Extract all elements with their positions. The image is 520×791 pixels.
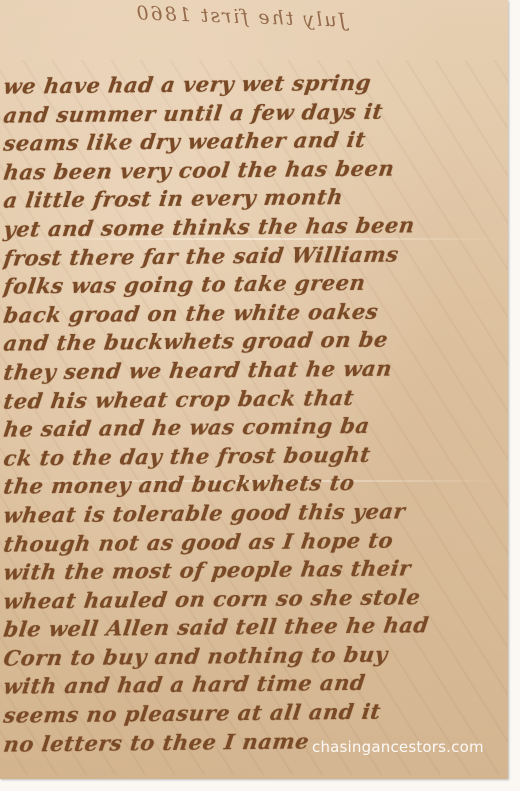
handwritten-text-body: we have had a very wet spring and summer… xyxy=(4,70,504,756)
letter-page: July the first 1860 we have had a very w… xyxy=(0,0,508,779)
mirrored-date-bleed: July the first 1860 xyxy=(74,0,405,51)
site-watermark: chasingancestors.com xyxy=(312,738,484,756)
text-line: we have had a very wet spring xyxy=(2,67,506,101)
text-line: they send we heard that he wan xyxy=(2,353,506,387)
text-line: yet and some thinks the has been xyxy=(2,210,506,244)
text-line: wheat is tolerable good this year xyxy=(2,496,506,530)
